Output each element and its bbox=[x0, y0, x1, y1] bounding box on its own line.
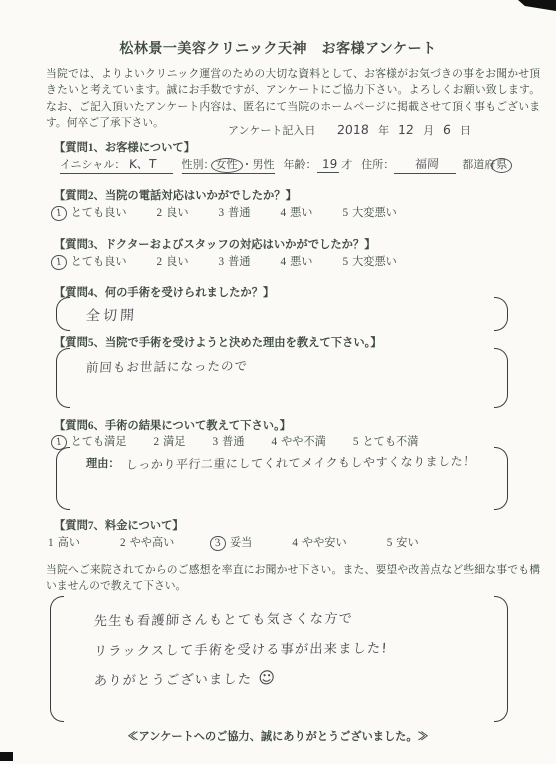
date-line: アンケート記入日 2018 年 12 月 6 日 bbox=[228, 122, 480, 138]
q1-address-field: 住所：福岡都道府県 bbox=[361, 155, 511, 174]
page-title: 松林景一美容クリニック天神 お客様アンケート bbox=[0, 38, 556, 58]
q6-reason-text: しっかり平行二重にしてくれてメイクもしやすくなりました！ bbox=[125, 452, 476, 473]
q4-answer-box: 全切開 bbox=[56, 297, 508, 331]
q7-options: 1高い 2やや高い 3妥当 4やや安い 5安い bbox=[48, 534, 459, 550]
q3-header: 【質問3、ドクターおよびスタッフの対応はいかがでしたか？】 bbox=[54, 236, 376, 252]
q2-options: 1とても良い 2良い 3普通 4悪い 5大変悪い bbox=[55, 204, 427, 220]
q2-option-5: 5大変悪い bbox=[343, 204, 397, 220]
q3-option-4-number: 4 bbox=[281, 256, 287, 268]
smiley-face-icon: ☺ bbox=[258, 668, 277, 687]
q3-option-5: 5大変悪い bbox=[343, 253, 397, 269]
q7-header: 【質問7、料金について】 bbox=[54, 517, 184, 533]
q3-option-5-label: 大変悪い bbox=[352, 256, 397, 268]
q7-option-3-label: 妥当 bbox=[230, 537, 252, 549]
q3-option-2-label: 良い bbox=[166, 256, 188, 268]
date-day-value: 6 bbox=[443, 122, 452, 137]
q1-age-field: 年齢：19 才 bbox=[284, 156, 353, 173]
left-bracket bbox=[56, 447, 70, 510]
q3-option-3-label: 普通 bbox=[228, 256, 250, 268]
q1-address-suffix-ken: 県 bbox=[491, 158, 512, 173]
q3-option-1: 1とても良い bbox=[55, 253, 127, 269]
feedback-line-2: リラックスして手術を受ける事が出来ました! bbox=[93, 637, 388, 659]
q3-option-4-label: 悪い bbox=[290, 256, 312, 268]
feedback-line-1: 先生も看護師さんもとても気さくな方で bbox=[93, 608, 353, 630]
q2-option-4-label: 悪い bbox=[290, 207, 312, 219]
q2-option-3: 3普通 bbox=[219, 204, 251, 220]
right-bracket bbox=[494, 297, 508, 331]
q1-initial-label: イニシャル： bbox=[60, 159, 125, 171]
date-year-value: 2018 bbox=[337, 122, 370, 137]
q7-option-3-number: 3 bbox=[210, 535, 227, 552]
q2-option-2: 2良い bbox=[157, 204, 189, 220]
q7-option-4-label: やや安い bbox=[302, 537, 347, 549]
q2-option-3-number: 3 bbox=[219, 207, 225, 219]
date-month-value: 12 bbox=[398, 122, 415, 137]
q5-answer-box: 前回もお世話になったので bbox=[56, 348, 508, 408]
q2-option-3-label: 普通 bbox=[228, 207, 250, 219]
q7-option-1: 1高い bbox=[48, 534, 80, 550]
q2-option-4: 4悪い bbox=[281, 204, 313, 220]
q7-option-1-label: 高い bbox=[58, 537, 80, 549]
q1-gender-option-male: 男性 bbox=[253, 159, 275, 171]
q1-address-value: 福岡 bbox=[415, 155, 440, 172]
right-bracket bbox=[494, 348, 508, 408]
left-bracket bbox=[56, 297, 70, 331]
date-day-unit: 日 bbox=[460, 122, 471, 138]
right-bracket bbox=[494, 447, 508, 510]
q2-option-2-number: 2 bbox=[157, 207, 163, 219]
q7-option-2-number: 2 bbox=[120, 537, 126, 549]
left-bracket bbox=[50, 596, 64, 722]
q2-option-1-label: とても良い bbox=[71, 207, 127, 219]
q1-gender-separator: ・ bbox=[242, 159, 253, 171]
scan-artifact-top-right bbox=[518, 0, 556, 11]
q3-option-5-number: 5 bbox=[343, 256, 349, 268]
date-year-unit: 年 bbox=[378, 122, 389, 138]
feedback-prompt: 当院へご来院されてからのご感想を率直にお聞かせ下さい。また、要望や改善点など些細… bbox=[46, 562, 540, 595]
q1-age-unit: 才 bbox=[341, 159, 352, 171]
footer-thanks: ≪アンケートへのご協力、誠にありがとうございました。≫ bbox=[0, 728, 556, 744]
q7-option-5-label: 安い bbox=[396, 537, 418, 549]
scanned-survey-document: 松林景一美容クリニック天神 お客様アンケート 当院では、よりよいクリニック運営の… bbox=[0, 0, 556, 764]
date-month-unit: 月 bbox=[423, 122, 434, 138]
q3-option-3: 3普通 bbox=[219, 253, 251, 269]
q6-reason-label: 理由： bbox=[86, 455, 120, 471]
right-bracket bbox=[494, 596, 508, 722]
q7-option-4-number: 4 bbox=[292, 537, 298, 549]
q1-age-value: 19 bbox=[321, 157, 337, 171]
q6-header: 【質問6、手術の結果について教えて下さい。】 bbox=[54, 417, 291, 433]
feedback-line-3: ありがとうございました☺ bbox=[93, 668, 276, 689]
q7-option-2: 2やや高い bbox=[120, 534, 174, 550]
q1-gender-option-female: 女性 bbox=[211, 158, 243, 173]
q3-option-1-number: 1 bbox=[50, 254, 67, 271]
q7-option-1-number: 1 bbox=[48, 537, 54, 549]
q7-option-5: 5安い bbox=[387, 534, 419, 550]
date-label: アンケート記入日 bbox=[228, 122, 315, 138]
q7-option-5-number: 5 bbox=[387, 537, 393, 549]
q2-option-2-label: 良い bbox=[166, 207, 188, 219]
q1-age-label: 年齢： bbox=[284, 159, 317, 171]
q3-option-4: 4悪い bbox=[281, 253, 313, 269]
q2-option-1-number: 1 bbox=[50, 205, 67, 222]
q1-header: 【質問1、お客様について】 bbox=[54, 139, 195, 155]
feedback-thanks-text: ありがとうございました bbox=[93, 672, 252, 689]
q2-option-5-number: 5 bbox=[343, 207, 349, 219]
q7-option-3: 3妥当 bbox=[214, 534, 252, 550]
q3-options: 1とても良い 2良い 3普通 4悪い 5大変悪い bbox=[55, 253, 427, 269]
q6-reason-box: 理由： しっかり平行二重にしてくれてメイクもしやすくなりました！ bbox=[56, 447, 508, 510]
q1-address-label: 住所： bbox=[361, 159, 394, 171]
q2-option-4-number: 4 bbox=[281, 207, 287, 219]
q2-option-1: 1とても良い bbox=[55, 204, 127, 220]
q3-option-3-number: 3 bbox=[219, 256, 225, 268]
q5-answer: 前回もお世話になったので bbox=[85, 356, 248, 376]
q3-option-2: 2良い bbox=[157, 253, 189, 269]
q1-initial-field: イニシャル：K、T bbox=[60, 155, 173, 174]
q1-initial-value: K、T bbox=[129, 155, 157, 172]
q3-option-1-label: とても良い bbox=[71, 256, 127, 268]
scan-artifact-bottom-left bbox=[0, 752, 13, 761]
q2-header: 【質問2、当院の電話対応はいかがでしたか？】 bbox=[54, 187, 297, 203]
feedback-comment-box: 先生も看護師さんもとても気さくな方で リラックスして手術を受ける事が出来ました!… bbox=[50, 596, 508, 722]
q1-gender-field: 性別：女性・男性 bbox=[182, 156, 275, 174]
q7-option-4: 4やや安い bbox=[292, 534, 346, 550]
left-bracket bbox=[56, 348, 70, 408]
q3-option-2-number: 2 bbox=[157, 256, 163, 268]
q4-answer: 全切開 bbox=[85, 305, 137, 326]
q2-option-5-label: 大変悪い bbox=[352, 207, 397, 219]
q7-option-2-label: やや高い bbox=[130, 537, 175, 549]
q1-gender-label: 性別： bbox=[182, 159, 215, 171]
q1-fields-row: イニシャル：K、T 性別：女性・男性 年齢：19 才 住所：福岡都道府県 bbox=[60, 155, 520, 174]
